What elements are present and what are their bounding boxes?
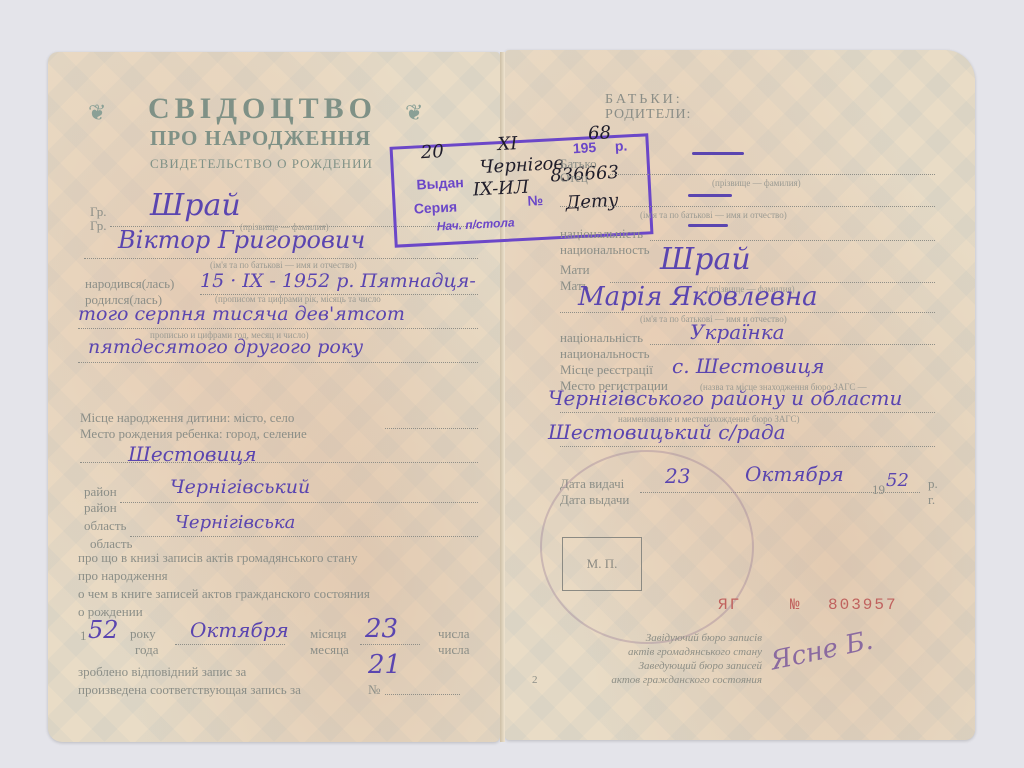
region-label-ua: область (84, 518, 126, 534)
mother-name: Марія Яковлевна (578, 282, 818, 312)
region: Чернігівська (175, 512, 295, 533)
record-text-ru1: о чем в книге записей актов гражданского… (78, 586, 370, 602)
region-line (130, 536, 478, 537)
day-label-ru: числа (438, 642, 470, 658)
reg-place-line3: Шестовицький с/рада (548, 420, 786, 444)
entry-label-ua: зроблено відповідний запис за (78, 664, 246, 680)
serial-number: 803957 (828, 596, 898, 614)
ornament-left-icon: ❦ (88, 100, 106, 126)
stamp-year-hand: 68 (588, 122, 612, 144)
birth-date-line1: 15 · IX - 1952 р. Пятнадця- (200, 270, 476, 292)
stamp-day: 20 (420, 141, 444, 163)
ornament-right-icon: ❦ (405, 100, 423, 126)
reg-place-line2: Чернігівського району и области (548, 386, 902, 410)
issue-year-suffix-ru: г. (928, 492, 935, 508)
year-prefix: 1 (80, 628, 87, 644)
district-label-ru: район (84, 500, 117, 516)
father-label-ru: Отец (560, 170, 588, 186)
issue-year-prefix: 19 (872, 482, 885, 498)
mother-name-line (560, 312, 935, 313)
day-line (360, 644, 420, 645)
stamp-month: XI (497, 133, 518, 155)
child-surname: Шрай (150, 188, 241, 223)
district: Чернігівський (170, 476, 310, 498)
birthplace-label-ru: Место рождения ребенка: город, селение (80, 426, 307, 442)
record-month: Октября (190, 618, 289, 642)
mother-nationality-label-ua: національність (560, 330, 643, 346)
district-line (120, 502, 478, 503)
mother-nationality: Українка (690, 320, 785, 344)
father-nationality-line (650, 240, 935, 241)
record-text-ua1: про що в книзі записів актів громадянськ… (78, 550, 358, 566)
year-label-ua: року (130, 626, 156, 642)
birth-date-line3: пятдесятого другого року (88, 336, 363, 358)
father-nationality-dash (688, 224, 728, 227)
father-surname-caption: (прізвище — фамилия) (712, 178, 801, 188)
issue-year: 52 (886, 470, 909, 491)
father-name-line (560, 206, 935, 207)
head-title-ru1: Заведующий бюро записей (580, 660, 762, 672)
father-surname-line (610, 174, 935, 175)
father-nationality-label-ru: национальность (560, 242, 650, 258)
district-label-ua: район (84, 484, 117, 500)
stamp-signature: Дету (565, 190, 619, 214)
page-number: 2 (532, 674, 538, 686)
head-title-ua1: Завідуючий бюро записів (580, 632, 762, 644)
mother-label-ua: Мати (560, 262, 590, 278)
reg-place-line1: с. Шестовиця (672, 354, 825, 378)
entry-label-ru: произведена соответствующая запись за (78, 682, 301, 698)
father-surname-dash (692, 152, 744, 155)
birth-date-line2: того серпня тисяча дев'ятсот (78, 303, 405, 325)
title-ua-line2: ПРО НАРОДЖЕННЯ (150, 126, 371, 151)
issue-month: Октября (745, 462, 844, 486)
citizen-label-ru: Гр. (90, 218, 106, 234)
month-label-ua: місяця (310, 626, 347, 642)
parents-ru: РОДИТЕЛИ: (605, 107, 691, 123)
mother-nationality-label-ru: национальность (560, 346, 650, 362)
reg-place-line3-dots (560, 446, 935, 447)
name-caption: (ім'я та по батькові — имя и отчество) (210, 260, 357, 270)
issue-year-suffix-ua: р. (928, 476, 938, 492)
stamp-issued-label: Выдан (416, 174, 464, 192)
reg-place-label-ua: Місце реєстрації (560, 362, 653, 378)
father-name-dash (688, 194, 732, 197)
seal-place-box: М. П. (562, 537, 642, 591)
month-label-ru: месяца (310, 642, 349, 658)
birthplace-line1 (385, 428, 478, 429)
reg-place-line2-dots (560, 412, 935, 413)
born-label-ua: народився(лась) (85, 276, 174, 292)
stamp-number-label: № (527, 192, 543, 209)
title-ru: СВИДЕТЕЛЬСТВО О РОЖДЕНИИ (150, 156, 373, 172)
serial-no-sign: № (790, 596, 802, 614)
day-label-ua: числа (438, 626, 470, 642)
born-line3 (78, 362, 478, 363)
record-day: 23 (365, 614, 398, 644)
record-text-ua2: про народження (78, 568, 168, 584)
name-line (84, 258, 478, 259)
month-line (175, 644, 285, 645)
entry-no-line (385, 694, 460, 695)
stamp-series-label: Серия (413, 198, 457, 216)
father-nationality-label-ua: національність (560, 226, 643, 242)
birthplace-line2 (80, 462, 478, 463)
born-line2 (78, 328, 478, 329)
child-name: Віктор Григорович (118, 226, 365, 254)
stamp-year-suffix: р. (614, 137, 627, 154)
parents-ua: БАТЬКИ: (605, 92, 683, 108)
father-name-caption: (ім'я та по батькові — имя и отчество) (640, 210, 787, 220)
head-title-ua2: актів громадянського стану (580, 646, 762, 658)
title-ua-line1: СВІДОЦТВО (148, 92, 377, 126)
year-label-ru: года (135, 642, 159, 658)
serial-series: ЯГ (718, 596, 741, 614)
mother-surname: Шрай (660, 242, 751, 277)
stamp-chief-label: Нач. п/стола (436, 215, 515, 233)
entry-no-label: № (368, 682, 380, 698)
head-title-ru2: актов гражданского состояния (580, 674, 762, 686)
stamp-series: IX-ИЛ (472, 177, 529, 201)
record-year: 52 (88, 616, 119, 644)
mother-nationality-line (650, 344, 935, 345)
birthplace-label-ua: Місце народження дитини: місто, село (80, 410, 294, 426)
entry-number: 21 (368, 650, 401, 680)
